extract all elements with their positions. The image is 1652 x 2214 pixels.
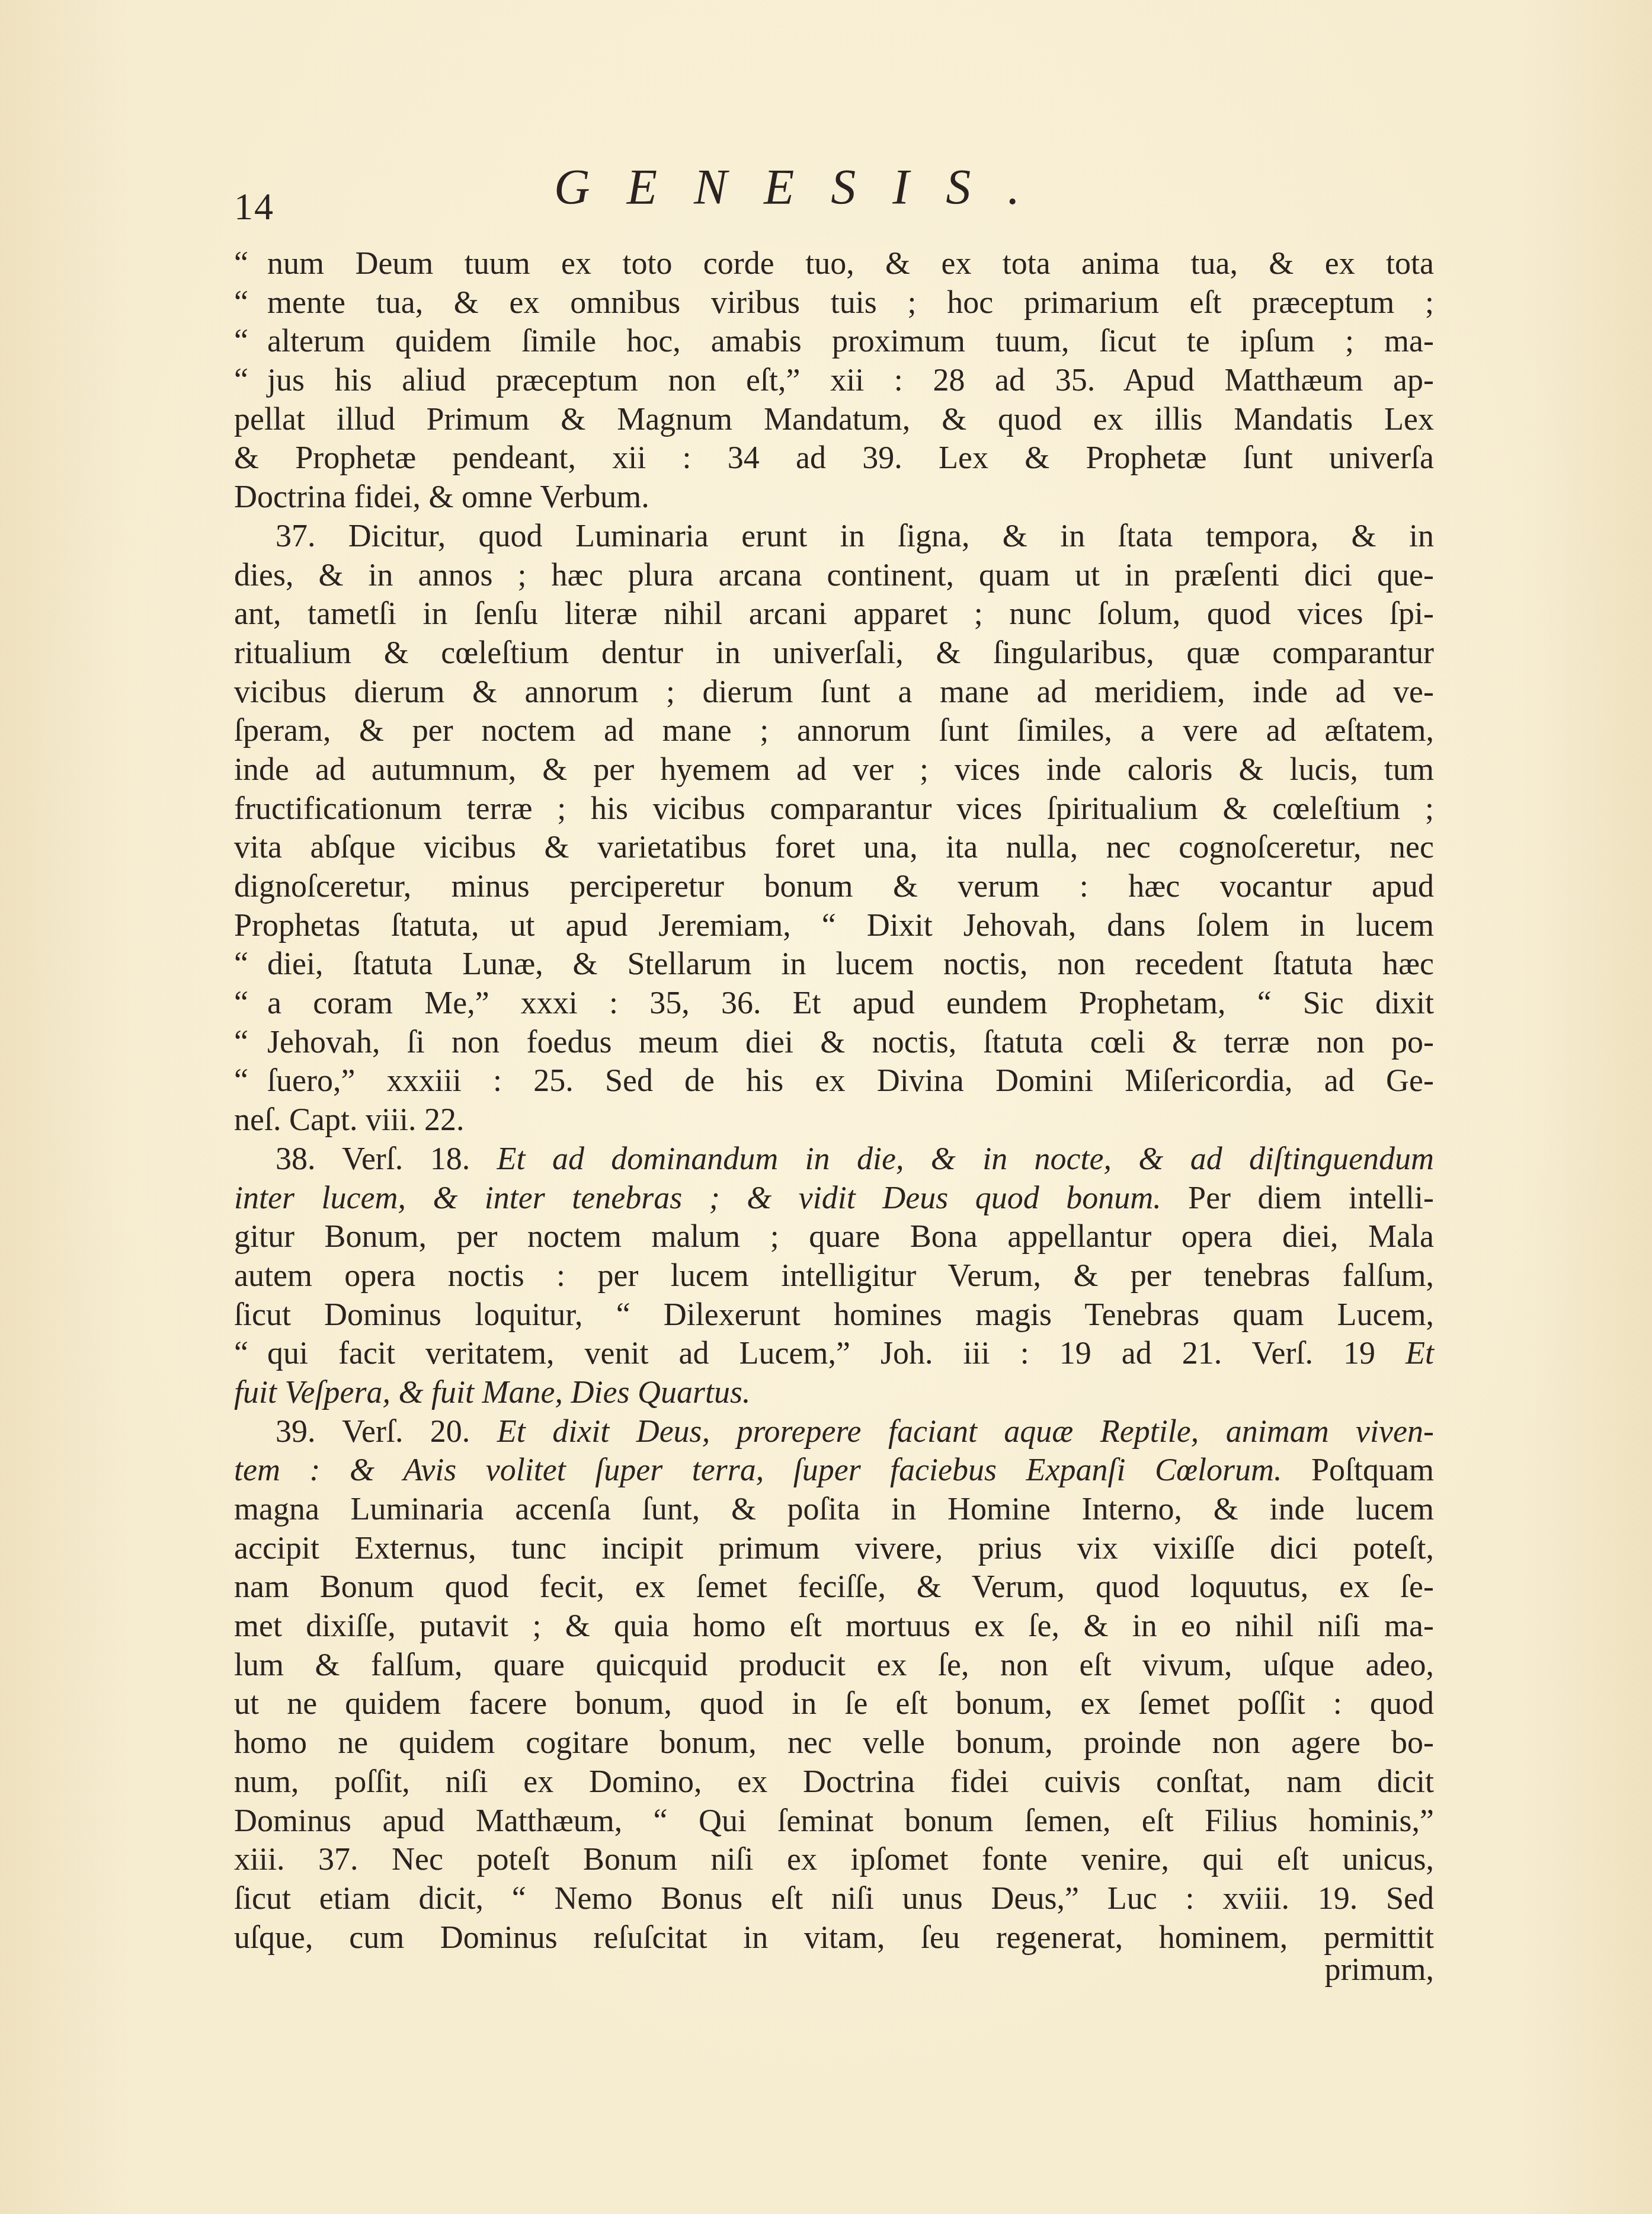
text-line: ritualium & cœleſtium dentur in univerſa…	[234, 634, 1434, 673]
text-line: ſicut Dominus loquitur, “ Dilexerunt hom…	[234, 1295, 1434, 1335]
text-line: homo ne quidem cogitare bonum, nec velle…	[234, 1723, 1434, 1762]
line-text: diei, ſtatuta Lunæ, & Stellarum in lucem…	[267, 946, 1434, 981]
text-line: magna Luminaria accenſa ſunt, & poſita i…	[234, 1490, 1434, 1529]
line-text: autem opera noctis : per lucem intelligi…	[234, 1258, 1434, 1293]
text-line: pellat illud Primum & Magnum Mandatum, &…	[234, 400, 1434, 439]
text-line: Doctrina fidei, & omne Verbum.	[234, 478, 1434, 517]
text-line: “diei, ſtatuta Lunæ, & Stellarum in luce…	[234, 945, 1434, 984]
text-line: vicibus dierum & annorum ; dierum ſunt a…	[234, 673, 1434, 712]
text-line: ſicut etiam dicit, “ Nemo Bonus eſt niſi…	[234, 1879, 1434, 1918]
text-line: “jus his aliud præceptum non eſt,” xii :…	[234, 361, 1434, 400]
text-line: vita abſque vicibus & varietatibus foret…	[234, 828, 1434, 867]
line-text: ritualium & cœleſtium dentur in univerſa…	[234, 635, 1434, 670]
text-line: xiii. 37. Nec poteſt Bonum niſi ex ipſom…	[234, 1840, 1434, 1879]
line-text: num, poſſit, niſi ex Domino, ex Doctrina…	[234, 1764, 1434, 1799]
text-line: “alterum quidem ſimile hoc, amabis proxi…	[234, 322, 1434, 361]
line-text: jus his aliud præceptum non eſt,” xii : …	[267, 362, 1434, 398]
line-text: ſicut Dominus loquitur, “ Dilexerunt hom…	[234, 1297, 1434, 1332]
line-text: ſuero,” xxxiii : 25. Sed de his ex Divin…	[267, 1063, 1434, 1098]
line-text: alterum quidem ſimile hoc, amabis proxim…	[267, 323, 1434, 359]
line-text: num Deum tuum ex toto corde tuo, & ex to…	[267, 245, 1434, 281]
line-text: neſ. Capt. viii. 22.	[234, 1102, 464, 1137]
line-text: ſperam, & per noctem ad mane ; annorum ſ…	[234, 712, 1434, 748]
line-text: homo ne quidem cogitare bonum, nec velle…	[234, 1725, 1434, 1760]
text-line: dies, & in annos ; hæc plura arcana cont…	[234, 556, 1434, 595]
line-text: vita abſque vicibus & varietatibus foret…	[234, 829, 1434, 865]
text-line: 39. Verſ. 20. Et dixit Deus, prorepere f…	[234, 1412, 1434, 1451]
quote-mark: “	[234, 1061, 267, 1100]
line-text: ut ne quidem facere bonum, quod in ſe eſ…	[234, 1685, 1434, 1721]
line-text: accipit Externus, tunc incipit primum vi…	[234, 1530, 1434, 1566]
text-line: “qui facit veritatem, venit ad Lucem,” J…	[234, 1334, 1434, 1373]
quote-mark: “	[234, 244, 267, 283]
text-line: & Prophetæ pendeant, xii : 34 ad 39. Lex…	[234, 439, 1434, 478]
text-line: “mente tua, & ex omnibus viribus tuis ; …	[234, 283, 1434, 322]
text-line: inde ad autumnum, & per hyemem ad ver ; …	[234, 750, 1434, 789]
text-line: accipit Externus, tunc incipit primum vi…	[234, 1529, 1434, 1568]
line-text: 37. Dicitur, quod Luminaria erunt in ſig…	[276, 518, 1434, 553]
line-text: fuit Veſpera, & fuit Mane, Dies Quartus.	[234, 1374, 750, 1410]
text-line: tem : & Avis volitet ſuper terra, ſuper …	[234, 1451, 1434, 1490]
text-line: “num Deum tuum ex toto corde tuo, & ex t…	[234, 244, 1434, 283]
text-line: 37. Dicitur, quod Luminaria erunt in ſig…	[234, 517, 1434, 556]
line-text: & Prophetæ pendeant, xii : 34 ad 39. Lex…	[234, 440, 1434, 475]
line-text: Prophetas ſtatuta, ut apud Jeremiam, “ D…	[234, 907, 1434, 943]
quote-mark: “	[234, 283, 267, 322]
body-text: “num Deum tuum ex toto corde tuo, & ex t…	[234, 244, 1434, 1957]
text-line: fructificationum terræ ; his vicibus com…	[234, 789, 1434, 828]
line-text: dies, & in annos ; hæc plura arcana cont…	[234, 557, 1434, 593]
text-line: ſperam, & per noctem ad mane ; annorum ſ…	[234, 711, 1434, 750]
line-text: ſicut etiam dicit, “ Nemo Bonus eſt niſi…	[234, 1880, 1434, 1916]
line-text: a coram Me,” xxxi : 35, 36. Et apud eund…	[267, 985, 1434, 1020]
catchword: primum,	[234, 1950, 1434, 1989]
line-text: gitur Bonum, per noctem malum ; quare Bo…	[234, 1218, 1434, 1254]
line-text: inde ad autumnum, & per hyemem ad ver ; …	[234, 751, 1434, 787]
line-text: Doctrina fidei, & omne Verbum.	[234, 479, 649, 514]
line-text: Jehovah, ſi non foedus meum diei & nocti…	[267, 1024, 1434, 1060]
text-line: Prophetas ſtatuta, ut apud Jeremiam, “ D…	[234, 906, 1434, 945]
line-text: lum & falſum, quare quicquid producit ex…	[234, 1647, 1434, 1682]
text-line: “ſuero,” xxxiii : 25. Sed de his ex Divi…	[234, 1061, 1434, 1100]
line-text: met dixiſſe, putavit ; & quia homo eſt m…	[234, 1608, 1434, 1643]
line-text: tem : & Avis volitet ſuper terra, ſuper …	[234, 1452, 1434, 1487]
quote-mark: “	[234, 984, 267, 1023]
line-text: mente tua, & ex omnibus viribus tuis ; h…	[267, 284, 1434, 320]
quote-mark: “	[234, 1023, 267, 1062]
line-text: dignoſceretur, minus perciperetur bonum …	[234, 868, 1434, 904]
page-number: 14	[234, 185, 274, 229]
text-line: neſ. Capt. viii. 22.	[234, 1100, 1434, 1140]
text-line: fuit Veſpera, & fuit Mane, Dies Quartus.	[234, 1373, 1434, 1412]
line-text: inter lucem, & inter tenebras ; & vidit …	[234, 1180, 1434, 1215]
text-line: “Jehovah, ſi non foedus meum diei & noct…	[234, 1023, 1434, 1062]
text-line: dignoſceretur, minus perciperetur bonum …	[234, 867, 1434, 906]
line-text: uſque, cum Dominus reſuſcitat in vitam, …	[234, 1919, 1434, 1955]
quote-mark: “	[234, 322, 267, 361]
text-line: ut ne quidem facere bonum, quod in ſe eſ…	[234, 1684, 1434, 1723]
text-line: num, poſſit, niſi ex Domino, ex Doctrina…	[234, 1762, 1434, 1802]
line-text: ant, tametſi in ſenſu literæ nihil arcan…	[234, 596, 1434, 631]
line-text: fructificationum terræ ; his vicibus com…	[234, 791, 1434, 826]
text-line: inter lucem, & inter tenebras ; & vidit …	[234, 1179, 1434, 1218]
running-head: GENESIS.	[554, 159, 1056, 216]
quote-mark: “	[234, 361, 267, 400]
text-line: autem opera noctis : per lucem intelligi…	[234, 1256, 1434, 1295]
text-line: met dixiſſe, putavit ; & quia homo eſt m…	[234, 1607, 1434, 1646]
quote-mark: “	[234, 1334, 267, 1373]
line-text: xiii. 37. Nec poteſt Bonum niſi ex ipſom…	[234, 1841, 1434, 1877]
text-line: ant, tametſi in ſenſu literæ nihil arcan…	[234, 594, 1434, 634]
text-line: 38. Verſ. 18. Et ad dominandum in die, &…	[234, 1140, 1434, 1179]
line-text: 38. Verſ. 18. Et ad dominandum in die, &…	[276, 1141, 1434, 1176]
text-line: lum & falſum, quare quicquid producit ex…	[234, 1646, 1434, 1685]
text-line: gitur Bonum, per noctem malum ; quare Bo…	[234, 1217, 1434, 1256]
line-text: magna Luminaria accenſa ſunt, & poſita i…	[234, 1491, 1434, 1527]
text-line: “a coram Me,” xxxi : 35, 36. Et apud eun…	[234, 984, 1434, 1023]
line-text: pellat illud Primum & Magnum Mandatum, &…	[234, 401, 1434, 437]
line-text: Dominus apud Matthæum, “ Qui ſeminat bon…	[234, 1803, 1434, 1838]
text-line: Dominus apud Matthæum, “ Qui ſeminat bon…	[234, 1802, 1434, 1841]
text-line: nam Bonum quod fecit, ex ſemet feciſſe, …	[234, 1567, 1434, 1607]
line-text: qui facit veritatem, venit ad Lucem,” Jo…	[267, 1335, 1434, 1371]
line-text: nam Bonum quod fecit, ex ſemet feciſſe, …	[234, 1569, 1434, 1604]
line-text: 39. Verſ. 20. Et dixit Deus, prorepere f…	[276, 1413, 1434, 1449]
line-text: vicibus dierum & annorum ; dierum ſunt a…	[234, 674, 1434, 709]
quote-mark: “	[234, 945, 267, 984]
